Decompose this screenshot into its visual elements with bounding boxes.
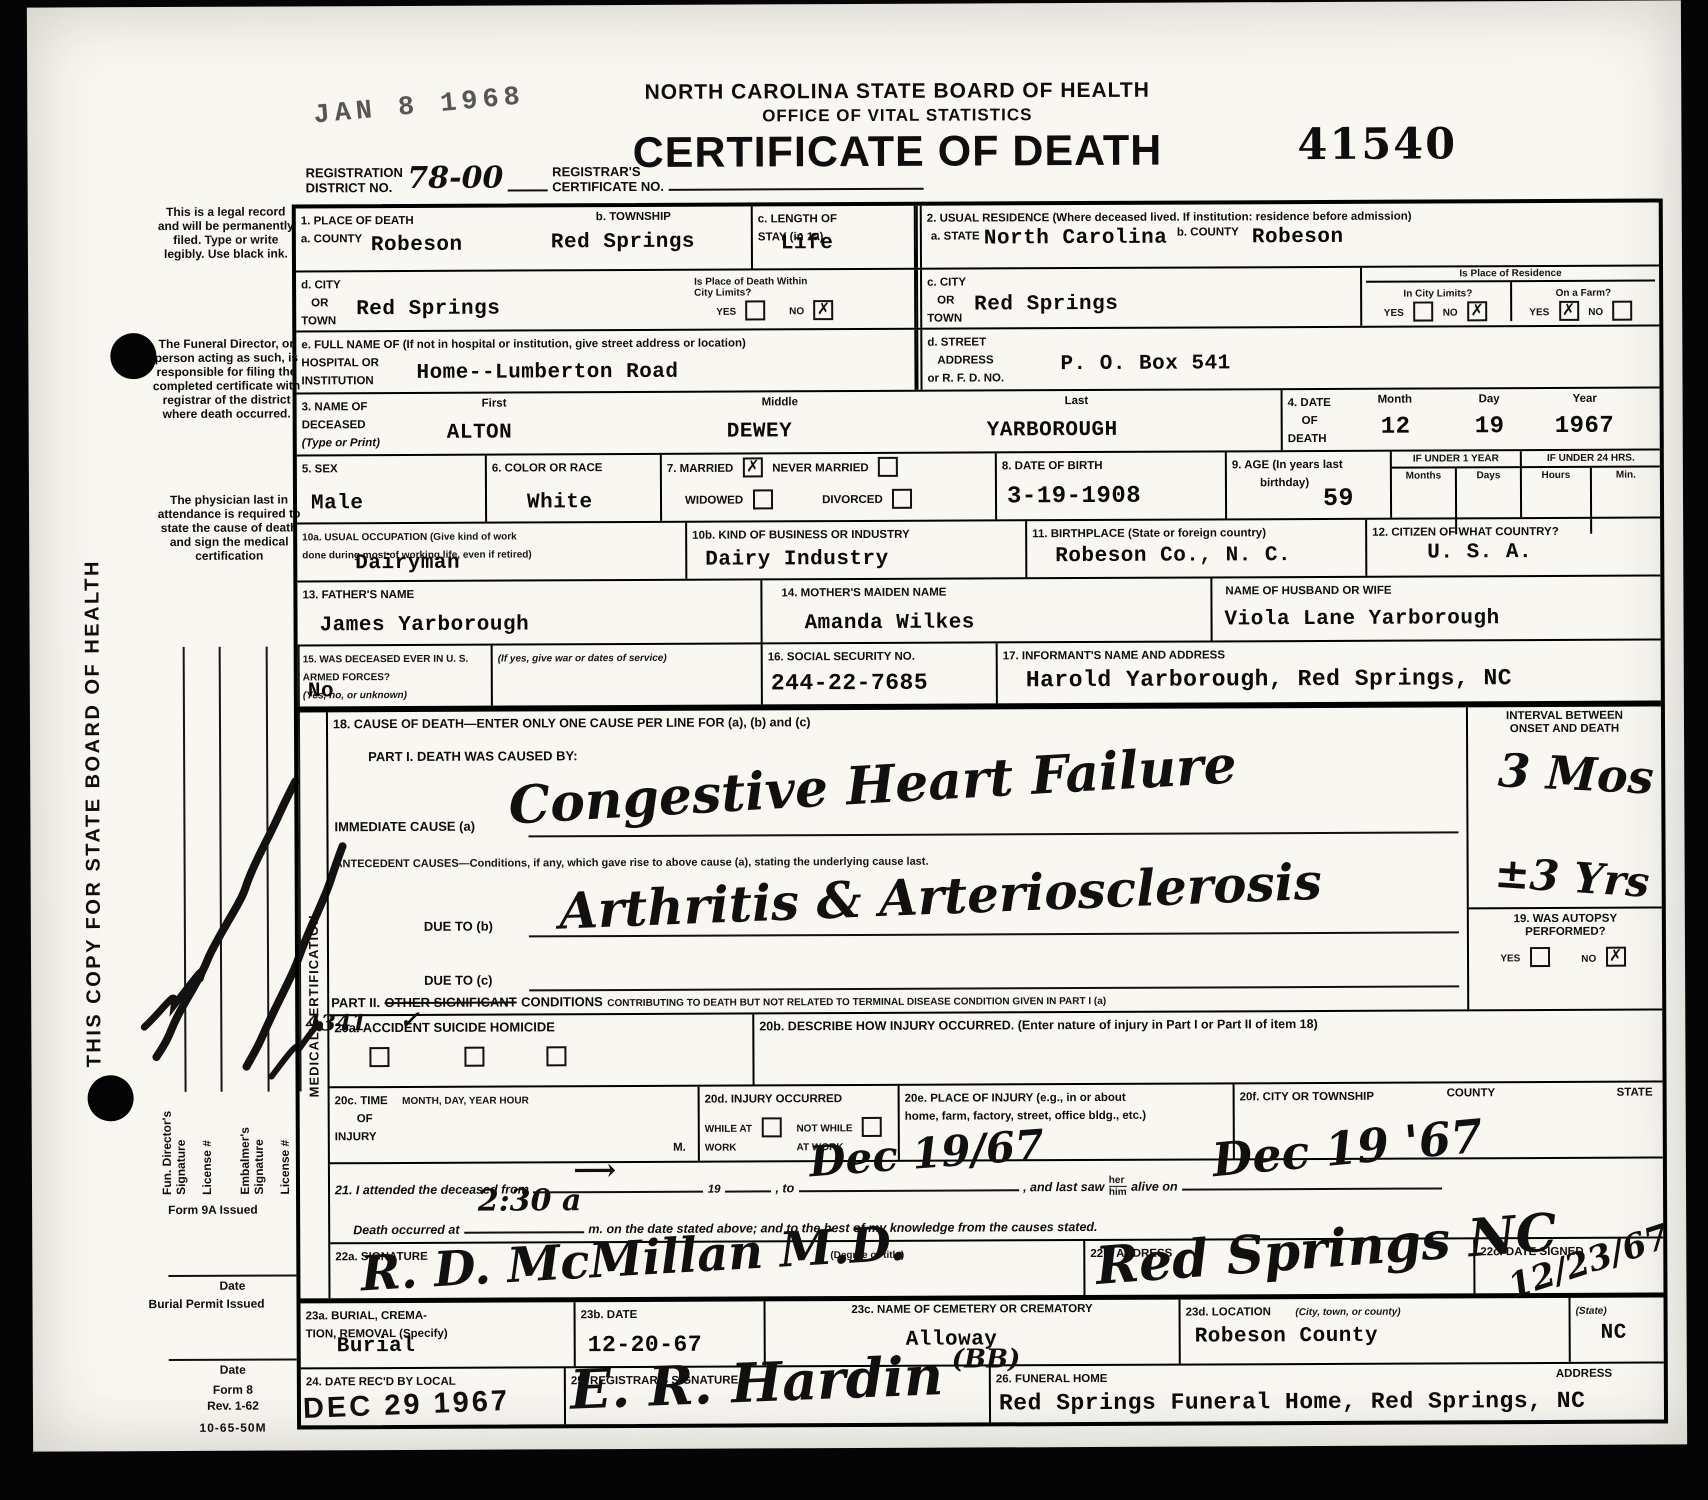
death-in-city-no-checkbox: ✗ — [814, 300, 834, 320]
field-date-of-birth: 8. DATE OF BIRTH 3-19-1908 — [997, 452, 1227, 519]
homicide-checkbox — [546, 1046, 566, 1066]
field-marital-status: 7. MARRIED ✗ NEVER MARRIED WIDOWED DIVOR… — [662, 453, 997, 520]
burial-location-value: Robeson County — [1195, 1325, 1379, 1349]
immediate-cause-handwriting: Congestive Heart Failure — [507, 739, 1238, 832]
row-forces-ssn-informant: 15. WAS DECEASED EVER IN U. S. ARMED FOR… — [298, 640, 1661, 706]
registration-district-value: 78-00 — [407, 160, 503, 195]
date-label: Date — [169, 1362, 297, 1377]
field-funeral-home: 26. FUNERAL HOME ADDRESS Red Springs Fun… — [991, 1363, 1664, 1422]
certificate-paper: THIS COPY FOR STATE BOARD OF HEALTH This… — [27, 0, 1687, 1451]
age-value: 59 — [1323, 484, 1354, 513]
death-day-value: 19 — [1475, 413, 1505, 440]
never-married-checkbox — [878, 457, 898, 477]
field-physician-address: 22b. ADDRESS Red Springs NC — [1085, 1239, 1475, 1295]
field-usual-occupation: 10a. USUAL OCCUPATION (Give kind of work… — [297, 523, 687, 581]
form-number-label: Form 8 — [169, 1382, 297, 1397]
field-death-city: d. CITY OR TOWN Red Springs Is Place of … — [296, 270, 916, 331]
field-usual-residence: 2. USUAL RESIDENCE (Where deceased lived… — [916, 202, 1659, 267]
field-street-address: d. STREET ADDRESS or R. F. D. NO. P. O. … — [916, 326, 1659, 389]
occupation-value: Dairyman — [355, 552, 460, 575]
margin-note-funeral-director: The Funeral Director, or person acting a… — [146, 336, 306, 421]
license-number-label: License # — [200, 1140, 214, 1195]
married-checkbox: ✗ — [743, 457, 763, 477]
fun-director-signature-label: Fun. Director's Signature — [160, 1111, 188, 1195]
field-accident-suicide-homicide: 20a. ACCIDENT SUICIDE HOMICIDE — [329, 1014, 754, 1086]
punch-hole — [88, 1075, 134, 1121]
nosology-code-handwriting: 4341 — [305, 1012, 366, 1034]
funeral-home-value: Red Springs Funeral Home, Red Springs, N… — [999, 1388, 1586, 1417]
row-sex-race-marital: 5. SEX Male 6. COLOR OR RACE White 7. MA… — [297, 450, 1660, 524]
field-color-or-race: 6. COLOR OR RACE White — [487, 455, 662, 522]
residence-limits-block: Is Place of Residence In City Limits? YE… — [1360, 266, 1659, 325]
immediate-cause-rule — [528, 831, 1458, 837]
citizen-value: U. S. A. — [1427, 541, 1532, 564]
death-city-value: Red Springs — [356, 298, 500, 322]
part-two-line: PART II. OTHER SIGNIFICANT CONDITIONS CO… — [331, 991, 1106, 1012]
row-occupation: 10a. USUAL OCCUPATION (Give kind of work… — [297, 518, 1660, 582]
field-informant: 17. INFORMANT'S NAME AND ADDRESS Harold … — [998, 640, 1661, 703]
deceased-last-name: YARBOROUGH — [987, 419, 1118, 443]
field-husband-or-wife: NAME OF HUSBAND OR WIFE Viola Lane Yarbo… — [1212, 576, 1660, 640]
field-residence-city: c. CITY OR TOWN Red Springs Is Place of … — [916, 266, 1659, 327]
form-9a-issued-label: Form 9A Issued — [168, 1203, 258, 1217]
nosology-check-mark: ✓ — [399, 1008, 419, 1032]
length-of-stay-value: Life — [781, 232, 834, 255]
field-burial-state: (State) NC — [1571, 1297, 1664, 1361]
field-place-of-death: 1. PLACE OF DEATH a. COUNTY Robeson b. T… — [296, 206, 751, 270]
registrar-signature-note: (BB) — [952, 1346, 1021, 1372]
residence-in-city-yes-checkbox — [1413, 301, 1433, 321]
death-in-city-yes-checkbox — [746, 300, 766, 320]
place-of-death-township-value: Red Springs — [551, 231, 695, 255]
field-if-under-24-hrs: IF UNDER 24 HRS. Hours Min. — [1522, 450, 1660, 517]
death-certificate-form: 1. PLACE OF DEATH a. COUNTY Robeson b. T… — [292, 198, 1668, 1429]
immediate-interval-handwriting: 3 Mos — [1497, 747, 1655, 800]
burial-state-value: NC — [1601, 1322, 1627, 1345]
field-mothers-maiden-name: 14. MOTHER'S MAIDEN NAME Amanda Wilkes — [762, 578, 1212, 642]
field-social-security-no: 16. SOCIAL SECURITY NO. 244-22-7685 — [763, 643, 998, 704]
field-date-received-local: 24. DATE REC'D BY LOCAL DEC 29 1967 — [301, 1368, 566, 1425]
row-cause-of-death: 18. CAUSE OF DEATH—ENTER ONLY ONE CAUSE … — [328, 706, 1662, 1016]
margin-note-legal: This is a legal record and will be perma… — [156, 204, 296, 261]
while-at-work-checkbox — [761, 1117, 781, 1137]
residence-farm-no-checkbox — [1613, 301, 1633, 321]
due-b-interval-handwriting: ±3 Yrs — [1493, 852, 1650, 904]
header-office: OFFICE OF VITAL STATISTICS — [497, 104, 1297, 127]
deceased-middle-name: DEWEY — [727, 420, 793, 443]
field-cause-of-death: 18. CAUSE OF DEATH—ENTER ONLY ONE CAUSE … — [328, 707, 1469, 1014]
residence-in-city-no-checkbox: ✗ — [1467, 301, 1487, 321]
death-year-value: 1967 — [1555, 413, 1615, 440]
row-accident-describe: 20a. ACCIDENT SUICIDE HOMICIDE 20b. DESC… — [329, 1010, 1662, 1088]
field-time-of-injury: 20c. TIME MONTH, DAY, YEAR HOUR OF INJUR… — [330, 1087, 700, 1163]
armed-forces-value: No — [308, 680, 334, 703]
copy-designation-vertical: THIS COPY FOR STATE BOARD OF HEALTH — [81, 559, 106, 1067]
medical-certification-strip: MEDICAL CERTIFICATION — [298, 712, 331, 1298]
registration-district: REGISTRATIONDISTRICT NO. 78-00 REGISTRAR… — [306, 164, 924, 199]
ssn-value: 244-22-7685 — [771, 670, 928, 697]
death-time-handwriting: 2:30 a — [478, 1186, 582, 1216]
row-institution-address: e. FULL NAME OF (If not in hospital or i… — [296, 326, 1659, 394]
field-industry: 10b. KIND OF BUSINESS OR INDUSTRY Dairy … — [687, 521, 1027, 578]
residence-farm-yes-checkbox: ✗ — [1559, 301, 1579, 321]
local-received-date-stamp: DEC 29 1967 — [302, 1385, 510, 1426]
row-physician-signature: 22a. SIGNATURE R. D. McMillan M.D. (Degr… — [330, 1238, 1663, 1298]
field-autopsy: 19. WAS AUTOPSY PERFORMED? YES NO ✗ — [1469, 906, 1662, 1009]
residence-city-value: Red Springs — [974, 293, 1118, 317]
race-value: White — [527, 491, 593, 514]
field-length-of-stay: c. LENGTH OF STAY (in 1a) Life — [751, 206, 916, 269]
field-fathers-name: 13. FATHER'S NAME James Yarborough — [297, 580, 762, 644]
registrar-certificate-no-blank — [668, 173, 923, 191]
row-place-of-death: 1. PLACE OF DEATH a. COUNTY Robeson b. T… — [296, 202, 1659, 272]
row-registrar-funeral-home: 24. DATE REC'D BY LOCAL DEC 29 1967 25. … — [301, 1363, 1664, 1425]
widowed-checkbox — [753, 489, 773, 509]
residence-county-value: Robeson — [1252, 226, 1344, 249]
field-citizen-of: 12. CITIZEN OF WHAT COUNTRY? U. S. A. — [1367, 518, 1660, 575]
margin-note-physician: The physician last in attendance is requ… — [149, 492, 309, 563]
row-city-town: d. CITY OR TOWN Red Springs Is Place of … — [296, 266, 1659, 332]
date-label: Date — [168, 1278, 296, 1293]
field-registrar-signature: 25. REGISTRAR'S SIGNATURE E. R. Hardin (… — [566, 1366, 991, 1424]
certificate-number: 41540 — [1297, 119, 1457, 170]
field-institution: e. FULL NAME OF (If not in hospital or i… — [296, 330, 916, 393]
date-of-birth-value: 3-19-1908 — [1007, 483, 1141, 511]
residence-state-value: North Carolina — [984, 227, 1168, 251]
print-run-code: 10-65-50M — [165, 1420, 301, 1435]
state-received-date-stamp: JAN 8 1968 — [312, 82, 526, 131]
death-month-value: 12 — [1381, 414, 1411, 441]
field-describe-injury: 20b. DESCRIBE HOW INJURY OCCURRED. (Ente… — [754, 1010, 1662, 1084]
form-revision-label: Rev. 1-62 — [169, 1398, 297, 1413]
field-if-under-1-year: IF UNDER 1 YEAR Months Days — [1392, 451, 1522, 518]
field-armed-forces-question: 15. WAS DECEASED EVER IN U. S. ARMED FOR… — [298, 646, 493, 707]
accident-checkbox — [369, 1047, 389, 1067]
field-age: 9. AGE (In years last birthday) 59 — [1227, 452, 1392, 519]
sex-value: Male — [311, 492, 364, 515]
deceased-first-name: ALTON — [447, 422, 513, 445]
informant-value: Harold Yarborough, Red Springs, NC — [1026, 665, 1512, 693]
her-him-stack: her him — [1109, 1175, 1127, 1198]
divorced-checkbox — [892, 489, 912, 509]
fathers-name-value: James Yarborough — [320, 613, 530, 637]
suicide-checkbox — [465, 1047, 485, 1067]
mothers-maiden-name-value: Amanda Wilkes — [805, 611, 975, 635]
field-name-of-deceased: 3. NAME OF DECEASED (Type or Print) Firs… — [297, 390, 1283, 454]
header-board: NORTH CAROLINA STATE BOARD OF HEALTH — [497, 78, 1297, 105]
autopsy-no-checkbox: ✗ — [1606, 947, 1626, 967]
attended-from-arrow: ⟶ — [573, 1156, 616, 1186]
industry-value: Dairy Industry — [705, 548, 889, 572]
institution-value: Home--Lumberton Road — [416, 361, 678, 385]
field-birthplace: 11. BIRTHPLACE (State or foreign country… — [1027, 520, 1367, 577]
field-interval-column: INTERVAL BETWEEN ONSET AND DEATH 3 Mos ±… — [1468, 706, 1662, 1009]
medical-certification-section: MEDICAL CERTIFICATION 18. CAUSE OF DEATH… — [298, 700, 1664, 1298]
field-physician-signature: 22a. SIGNATURE R. D. McMillan M.D. (Degr… — [330, 1241, 1085, 1298]
registrar-signature-handwriting: E. R. Hardin — [569, 1348, 944, 1417]
autopsy-yes-checkbox — [1530, 947, 1550, 967]
embalmer-signature-label: Embalmer's Signature — [238, 1127, 266, 1195]
license-number-label: License # — [278, 1140, 292, 1195]
date-rule — [168, 1274, 296, 1277]
street-address-value: P. O. Box 541 — [1060, 352, 1230, 376]
field-date-of-death: 4. DATE OF DEATH Month 12 Day 19 Year 19… — [1283, 388, 1660, 450]
row-name-and-date-of-death: 3. NAME OF DECEASED (Type or Print) Firs… — [297, 388, 1660, 456]
field-burial-type: 23a. BURIAL, CREMA- TION, REMOVAL (Speci… — [301, 1302, 576, 1367]
row-parents-spouse: 13. FATHER'S NAME James Yarborough 14. M… — [297, 576, 1660, 646]
field-burial-location: 23d. LOCATION (City, town, or county) Ro… — [1181, 1298, 1571, 1364]
date-rule — [169, 1358, 297, 1361]
burial-type-value: Burial — [337, 1335, 416, 1358]
field-armed-forces-service: (If yes, give war or dates of service) — [493, 644, 763, 705]
scanned-death-certificate: THIS COPY FOR STATE BOARD OF HEALTH This… — [0, 0, 1708, 1500]
husband-or-wife-value: Viola Lane Yarborough — [1224, 607, 1499, 631]
burial-permit-issued-label: Burial Permit Issued — [148, 1297, 264, 1312]
field-sex: 5. SEX Male — [297, 456, 487, 523]
birthplace-value: Robeson Co., N. C. — [1055, 544, 1291, 568]
place-of-death-county-value: Robeson — [371, 234, 463, 257]
